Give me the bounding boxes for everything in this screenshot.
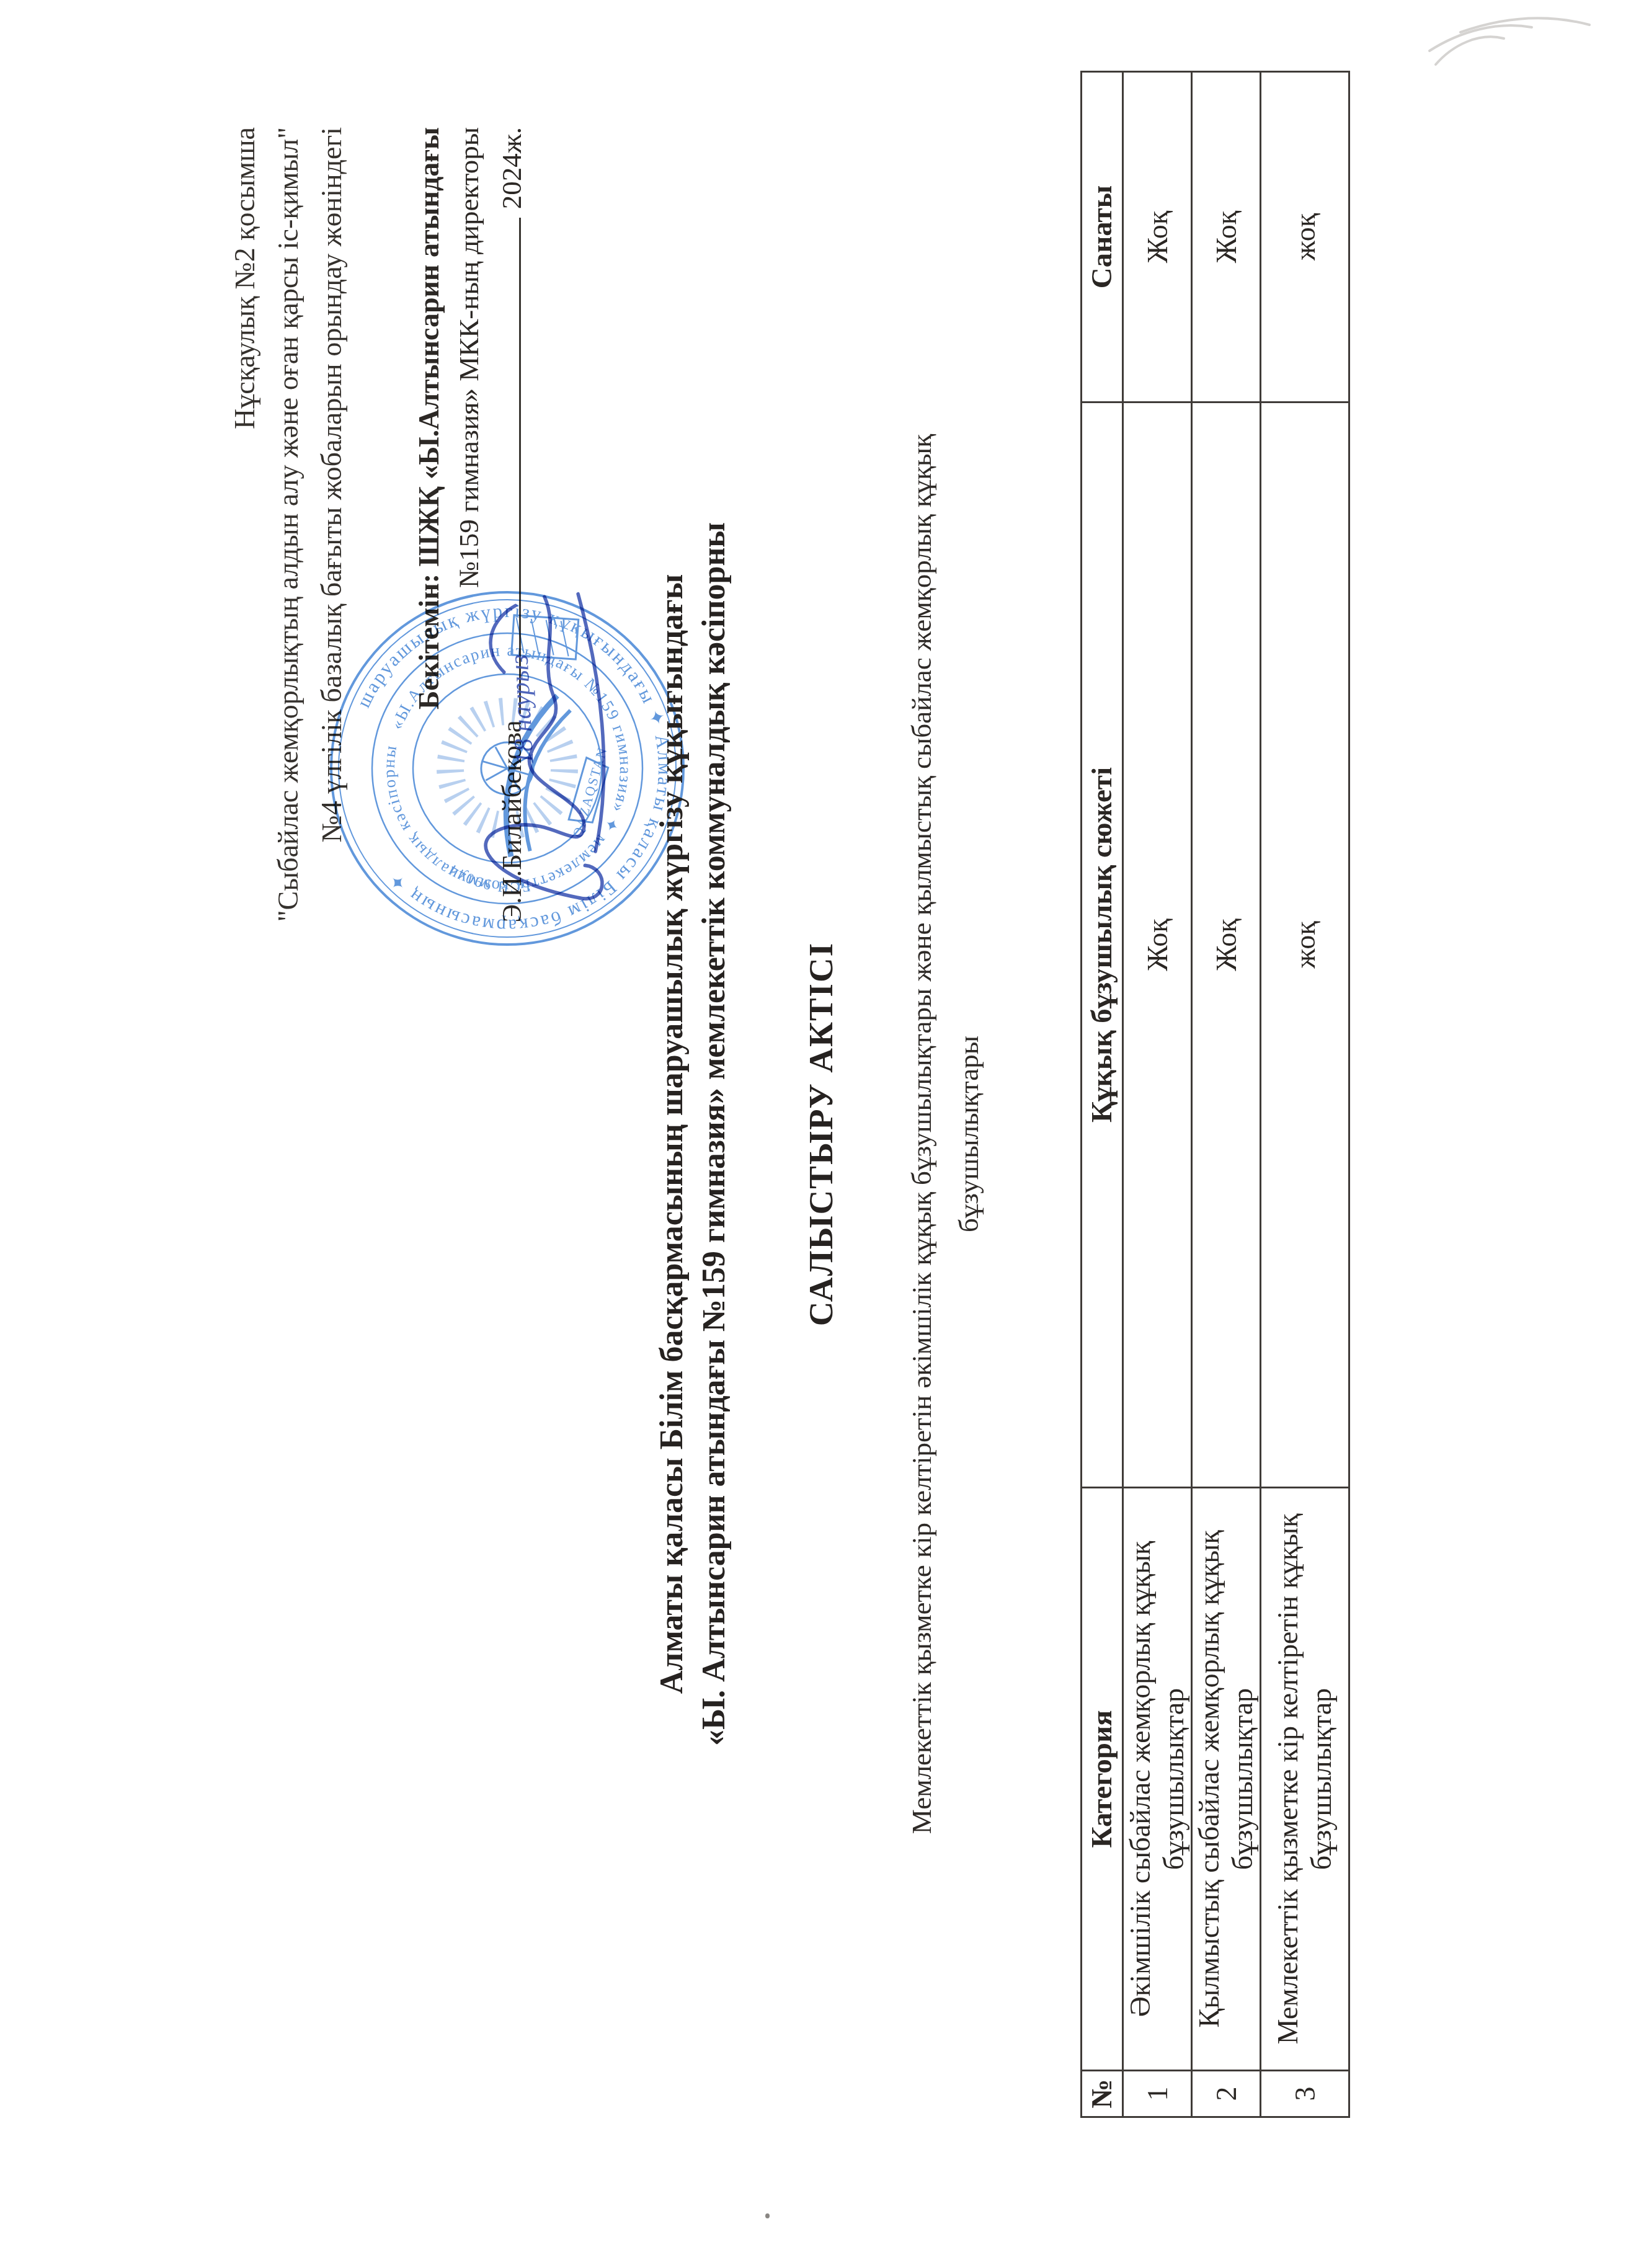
cell-number: 3 — [1261, 2071, 1349, 2117]
scan-speck-artifact — [765, 2213, 770, 2218]
act-title: САЛЫСТЫРУ АКТІСІ — [801, 0, 840, 2268]
official-seal-stamp: шаруашылық жүргізу құқығындағы ✦ Алматы … — [321, 582, 693, 954]
document-subtitle-line-1: Мемлекеттік қызметке кір келтіретін әкім… — [898, 0, 945, 2268]
appendix-note-line: Нұсқаулық №2 қосымша — [223, 127, 267, 922]
table-row: 1 Әкімшілік сыбайлас жемқорлық құқық бұз… — [1123, 72, 1192, 2117]
header-violation-subject: Құқық бұзушылық сюжеті — [1082, 402, 1123, 1488]
cell-rating: Жоқ — [1192, 72, 1261, 402]
document-subtitle-line-2: бұзушылықтары — [945, 0, 992, 2268]
cell-rating: жоқ — [1261, 72, 1349, 402]
approval-year: 2024ж. — [496, 127, 527, 209]
header-rating: Санаты — [1082, 72, 1123, 402]
header-number: № — [1082, 2071, 1123, 2117]
cell-category: Мемлекеттік қызметке кір келтіретін құқы… — [1261, 1488, 1349, 2071]
pencil-mark-artifact — [1423, 4, 1603, 76]
cell-rating: Жоқ — [1123, 72, 1192, 402]
table-header-row: № Категория Құқық бұзушылық сюжеті Санат… — [1082, 72, 1123, 2117]
cell-violation-subject: жоқ — [1261, 402, 1349, 1488]
table-row: 3 Мемлекеттік қызметке кір келтіретін құ… — [1261, 72, 1349, 2117]
scanned-document-page: Нұсқаулық №2 қосымша "Сыбайлас жемқорлық… — [0, 0, 1649, 2268]
cell-violation-subject: Жоқ — [1192, 402, 1261, 1488]
cell-number: 1 — [1123, 2071, 1192, 2117]
appendix-note-line: "Сыбайлас жемқорлықтың алдын алу және оғ… — [267, 127, 310, 922]
cell-number: 2 — [1192, 2071, 1261, 2117]
document-subtitle: Мемлекеттік қызметке кір келтіретін әкім… — [898, 0, 992, 2268]
cell-category: Әкімшілік сыбайлас жемқорлық құқық бұзуш… — [1123, 1488, 1192, 2071]
cell-category: Қылмыстық сыбайлас жемқорлық құқық бұзуш… — [1192, 1488, 1261, 2071]
comparison-table: № Категория Құқық бұзушылық сюжеті Санат… — [1080, 71, 1350, 2118]
document-title-line-1: Алматы қаласы Білім басқармасының шаруаш… — [651, 0, 693, 2268]
document-title: Алматы қаласы Білім басқармасының шаруаш… — [651, 0, 736, 2268]
cell-violation-subject: Жоқ — [1123, 402, 1192, 1488]
table-row: 2 Қылмыстық сыбайлас жемқорлық құқық бұз… — [1192, 72, 1261, 2117]
header-category: Категория — [1082, 1488, 1123, 2071]
document-title-line-2: «Ы. Алтынсарин атындағы №159 гимназия» м… — [693, 0, 736, 2268]
